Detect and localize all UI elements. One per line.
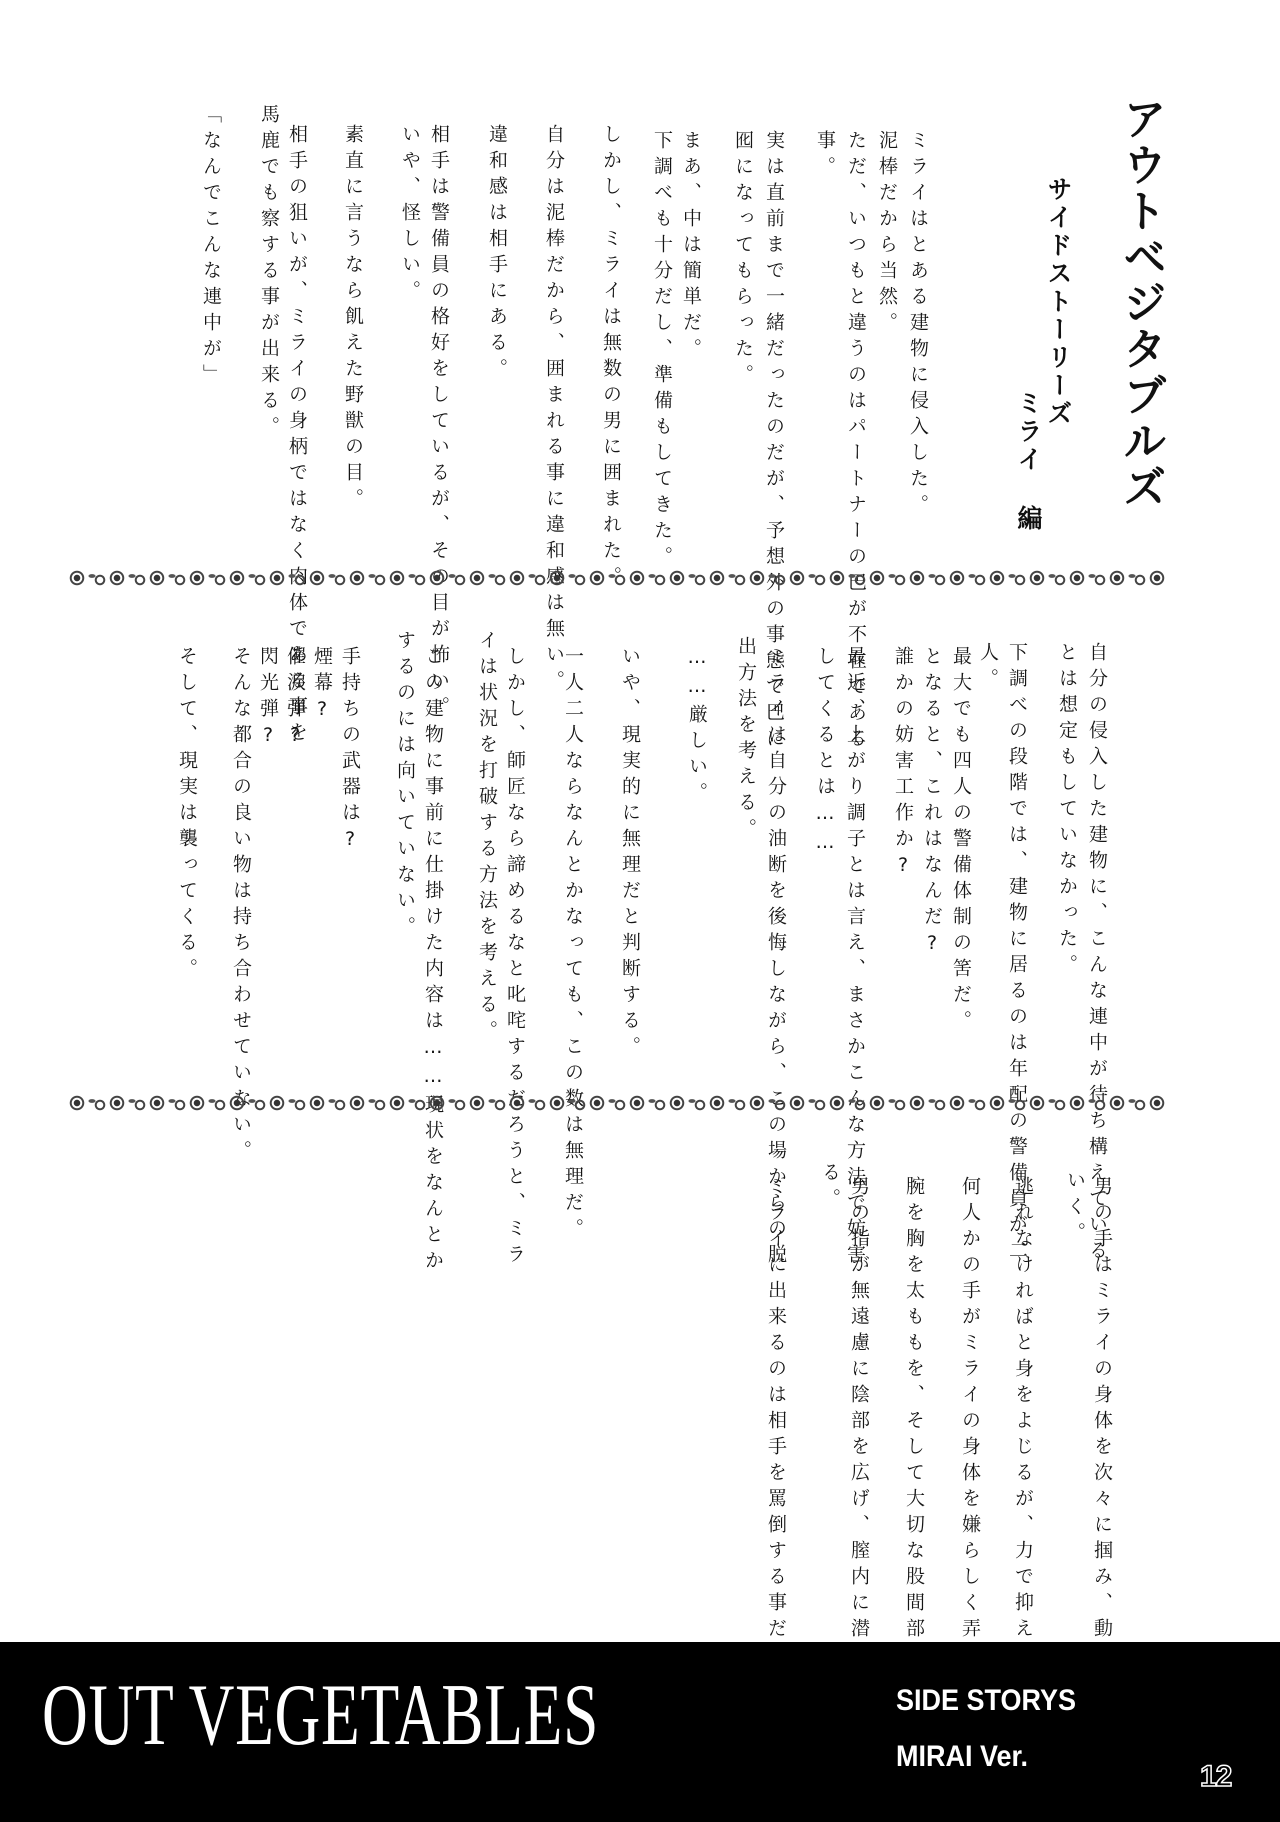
text-column: いや、怪しい。 xyxy=(400,124,419,306)
footer-banner: OUT VEGETABLES SIDE STORYS MIRAI Ver. 12 xyxy=(0,1642,1280,1822)
text-column: 手持ちの武器は? xyxy=(340,646,359,857)
text-column: 誰かの妨害工作か? xyxy=(893,646,912,883)
text-column: 催涙弾? xyxy=(285,646,304,753)
text-column: 出方法を考える。 xyxy=(736,636,755,844)
text-column: 一人二人ならなんとかなっても、この数は無理だ。 xyxy=(563,646,582,1244)
text-column: ミライはとある建物に侵入した。 xyxy=(908,130,927,520)
story-title: アウトベジタブルズ xyxy=(1108,96,1172,510)
text-column: 腕を胸を太ももを、そして大切な股間部を。 xyxy=(904,1176,923,1696)
page-number: 12 xyxy=(1200,1760,1231,1794)
footer-subtitle-line1: SIDE STORYS xyxy=(896,1686,1076,1716)
text-column: 最大でも四人の警備体制の筈だ。 xyxy=(951,646,970,1036)
text-column: ……厳しい。 xyxy=(687,646,706,808)
character-name: ミライ xyxy=(1010,390,1046,474)
text-column: 人。 xyxy=(978,642,997,694)
floral-divider xyxy=(68,1092,1168,1114)
text-column: 素直に言うなら飢えた野獣の目。 xyxy=(343,124,362,514)
text-column: 事。 xyxy=(815,130,834,182)
text-column: するのには向いていない。 xyxy=(395,630,414,942)
text-column: しかし、ミライは無数の男に囲まれた。 xyxy=(601,124,620,592)
text-column: まあ、中は簡単だ。 xyxy=(681,130,700,364)
footer-subtitle-line2: MIRAI Ver. xyxy=(896,1742,1028,1772)
text-column: しかし、師匠なら諦めるなと叱咤するだろうと、ミラ xyxy=(505,646,524,1270)
edition-suffix: 編 xyxy=(1010,505,1046,533)
text-column: そして、現実は襲ってくる。 xyxy=(177,646,196,984)
text-column: 煙幕? xyxy=(312,646,331,727)
text-column: 自分は泥棒だから、囲まれる事に違和感は無い。 xyxy=(544,124,563,696)
text-column: とは想定もしていなかった。 xyxy=(1057,642,1076,980)
text-column: いく。 xyxy=(1065,1170,1084,1248)
text-column: 違和感は相手にある。 xyxy=(487,124,506,384)
text-column: 相手は警備員の格好をしているが、その目が怖い。 xyxy=(429,124,448,722)
text-column: そんな都合の良い物は持ち合わせていない。 xyxy=(231,646,250,1166)
text-column: 「なんでこんな連中が」 xyxy=(201,104,220,390)
floral-divider xyxy=(68,567,1168,589)
text-column: 泥棒だから当然。 xyxy=(877,130,896,338)
text-column: 自分の侵入した建物に、こんな連中が待ち構えている xyxy=(1087,642,1106,1266)
text-column: 囮になってもらった。 xyxy=(733,130,752,390)
text-column: してくるとは…… xyxy=(815,646,834,860)
text-column: 下調べの段階では、建物に居るのは年配の警備員が二 xyxy=(1007,642,1026,1266)
text-column: この建物に事前に仕掛けた内容は……現状をなんとか xyxy=(423,646,442,1276)
text-column: 下調べも十分だし、準備もしてきた。 xyxy=(652,130,671,572)
text-column: となると、これはなんだ? xyxy=(922,646,941,961)
footer-title: OUT VEGETABLES xyxy=(42,1672,599,1760)
text-column: る。 xyxy=(820,1162,839,1214)
text-column: イは状況を打破する方法を考える。 xyxy=(477,630,496,1046)
text-column: いや、現実的に無理だと判断する。 xyxy=(620,646,639,1062)
text-column: 閃光弾? xyxy=(258,646,277,753)
text-column: 馬鹿でも察する事が出来る。 xyxy=(259,104,278,442)
